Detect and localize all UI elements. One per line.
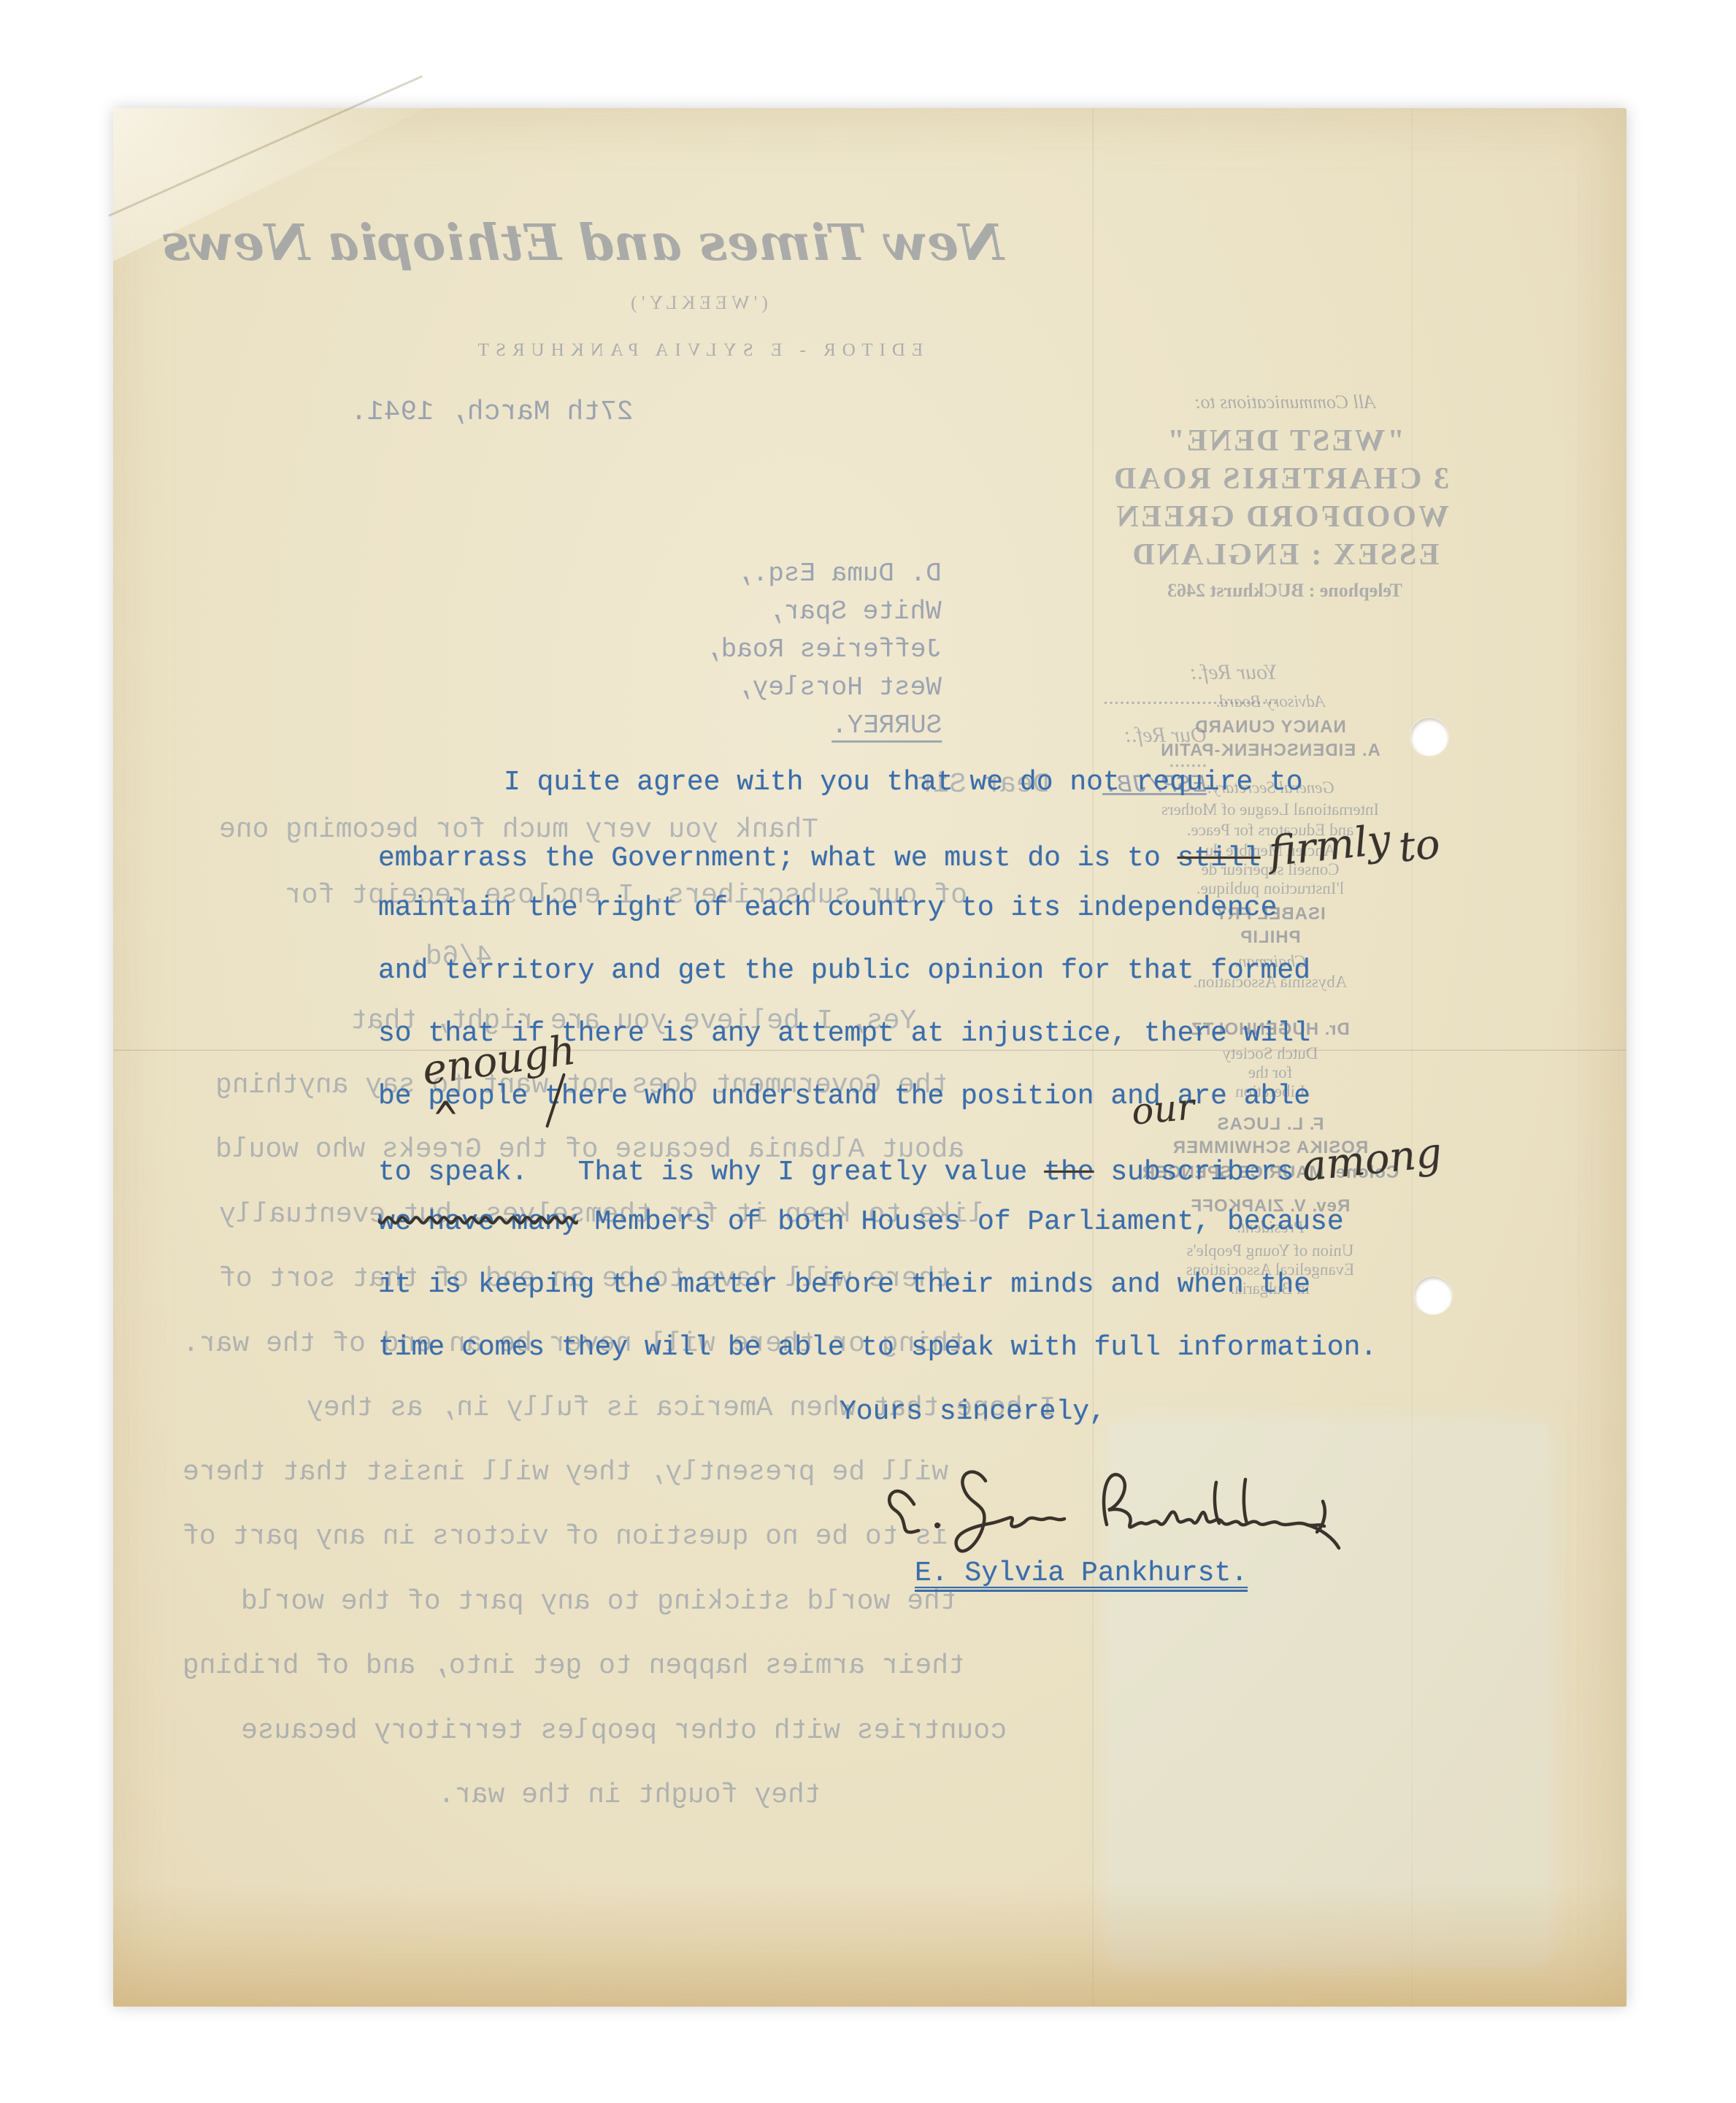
scanned-letter-canvas: New Times and Ethiopia News ('WEEKLY') E… bbox=[0, 0, 1736, 2103]
advisory-board-entry: Union of Young People's bbox=[1106, 1241, 1434, 1260]
insertion-caret-mark: ^ bbox=[432, 1092, 459, 1148]
typed-text: embarrass the Government; what we must d… bbox=[378, 843, 1178, 874]
bleed-paragraph-line: countries with other peoples territory b… bbox=[241, 1717, 1007, 1745]
typed-text: Members of both Houses of Parliament, be… bbox=[578, 1206, 1344, 1238]
recipient-address-line: D. Duma Esq., bbox=[737, 561, 942, 587]
typed-text: and territory and get the public opinion… bbox=[378, 955, 1310, 987]
struck-out-word: still bbox=[1178, 843, 1261, 874]
typed-text: I quite agree with you that we do not re… bbox=[504, 767, 1303, 798]
typed-text: to speak. That is why I greatly value bbox=[378, 1157, 1044, 1188]
communications-heading-bleed: All Communications to: bbox=[1121, 391, 1449, 413]
masthead-weekly-bleed: ('WEEKLY') bbox=[391, 292, 1004, 314]
date-line-bleed: 27th March, 1941. bbox=[350, 399, 634, 426]
letter-paper: New Times and Ethiopia News ('WEEKLY') E… bbox=[113, 108, 1626, 2007]
bottom-edge-discoloration bbox=[113, 1882, 1626, 2007]
masthead-editor-bleed: EDITOR - E SYLVIA PANKHURST bbox=[391, 340, 1004, 361]
bleed-paragraph-line: their armies happen to get into, and of … bbox=[183, 1652, 965, 1680]
body-line: we have many Members of both Houses of P… bbox=[378, 1208, 1344, 1236]
struck-out-word: the bbox=[1044, 1157, 1094, 1188]
body-line: I quite agree with you that we do not re… bbox=[504, 769, 1303, 797]
handwritten-correction: firmly bbox=[1267, 819, 1392, 873]
recipient-address-line: SURREY. bbox=[831, 713, 942, 743]
town-bleed: WOODFORD GREEN bbox=[1121, 499, 1449, 535]
county-bleed: ESSEX : ENGLAND bbox=[1121, 537, 1449, 572]
body-line: embarrass the Government; what we must d… bbox=[378, 832, 1441, 873]
closing-line: Yours sincerely, bbox=[840, 1398, 1106, 1426]
typed-text: subscribers bbox=[1094, 1157, 1294, 1188]
bleed-paragraph-line: will be presently, they will insist that… bbox=[183, 1459, 948, 1487]
advisory-board-entry: NANCY CUNARD bbox=[1106, 717, 1434, 738]
advisory-board-entry: A. EIDENSCHENK-PATIN bbox=[1106, 740, 1434, 761]
body-line: and territory and get the public opinion… bbox=[378, 957, 1310, 985]
bleed-paragraph-line: is to be no question of victors in any p… bbox=[183, 1523, 948, 1551]
typed-text: it is keeping the matter before their mi… bbox=[378, 1269, 1310, 1301]
your-ref-label: Your Ref.: bbox=[1189, 660, 1278, 684]
vertical-fold-crease bbox=[1092, 108, 1094, 2007]
recipient-address-line: West Horsley, bbox=[737, 675, 942, 701]
body-line: maintain the right of each country to it… bbox=[378, 895, 1277, 922]
advisory-board-entry: for the bbox=[1106, 1063, 1434, 1082]
body-line: time comes they will be able to speak wi… bbox=[378, 1334, 1377, 1362]
handwritten-correction: to bbox=[1397, 824, 1443, 869]
handwritten-insertion-our: our bbox=[1130, 1085, 1197, 1133]
bleed-paragraph-line: they fought in the war. bbox=[438, 1782, 821, 1809]
zigzag-deleted-words: we have many bbox=[378, 1206, 578, 1238]
handwritten-correction: among bbox=[1300, 1133, 1444, 1188]
recipient-address-line: White Spar, bbox=[768, 599, 942, 625]
body-line: to speak. That is why I greatly value th… bbox=[378, 1146, 1443, 1187]
typed-signature-name: E. Sylvia Pankhurst. bbox=[915, 1560, 1248, 1592]
typed-text: maintain the right of each country to it… bbox=[378, 892, 1277, 924]
advisory-board-entry: Advisory Board. bbox=[1106, 692, 1434, 711]
typed-text: time comes they will be able to speak wi… bbox=[378, 1332, 1377, 1363]
house-name-bleed: "WEST DENE" bbox=[1121, 424, 1449, 459]
body-line: it is keeping the matter before their mi… bbox=[378, 1271, 1310, 1299]
telephone-bleed: Telephone : BUCkhurst 2463 bbox=[1121, 580, 1449, 602]
masthead-title-bleed: New Times and Ethiopia News bbox=[391, 214, 1004, 272]
street-bleed: 3 CHARTERIS ROAD bbox=[1121, 461, 1449, 497]
recipient-address-line: Jefferies Road, bbox=[705, 637, 942, 663]
bleed-paragraph-line: the world sticking to any part of the wo… bbox=[241, 1588, 957, 1616]
advisory-board-entry: PHILIP bbox=[1106, 927, 1434, 948]
